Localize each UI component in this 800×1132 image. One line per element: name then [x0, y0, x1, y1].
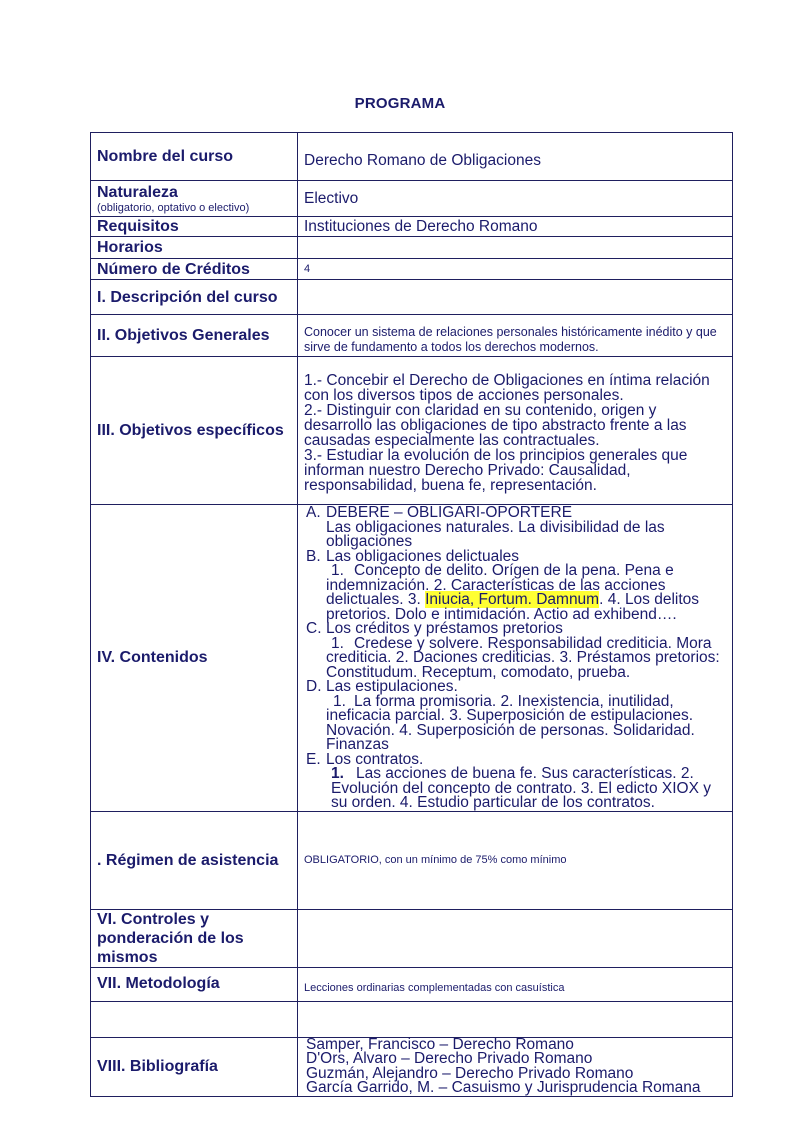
label-objetivos-generales: II. Objetivos Generales	[91, 315, 298, 357]
row-objetivos-especificos: III. Objetivos específicos 1.- Concebir …	[91, 357, 733, 505]
row-creditos: Número de Créditos 4	[91, 259, 733, 280]
label-creditos: Número de Créditos	[91, 259, 298, 280]
section-letter: B.	[306, 550, 326, 623]
objetivo-especifico-2: 2.- Distinguir con claridad en su conten…	[304, 403, 726, 448]
row-objetivos-generales: II. Objetivos Generales Conocer un siste…	[91, 315, 733, 357]
row-naturaleza: Naturaleza (obligatorio, optativo o elec…	[91, 181, 733, 217]
page-title: PROGRAMA	[0, 95, 800, 112]
value-requisitos: Instituciones de Derecho Romano	[298, 217, 733, 237]
value-blank	[298, 1001, 733, 1037]
value-horarios	[298, 237, 733, 259]
value-contenidos: A. DEBERE – OBLIGARI-OPORTERE Las obliga…	[298, 505, 733, 812]
value-descripcion	[298, 280, 733, 315]
value-naturaleza: Electivo	[298, 181, 733, 217]
label-nombre: Nombre del curso	[91, 133, 298, 181]
value-nombre: Derecho Romano de Obligaciones	[298, 133, 733, 181]
label-contenidos: IV. Contenidos	[91, 505, 298, 812]
label-metodologia: VII. Metodología	[91, 967, 298, 1001]
value-objetivos-generales: Conocer un sistema de relaciones persona…	[298, 315, 733, 357]
row-descripcion: I. Descripción del curso	[91, 280, 733, 315]
objetivo-especifico-3: 3.- Estudiar la evolución de los princip…	[304, 448, 726, 493]
label-bibliografia: VIII. Bibliografía	[91, 1037, 298, 1096]
label-controles: VI. Controles y ponderación de los mismo…	[91, 909, 298, 967]
contenido-section-a: A. DEBERE – OBLIGARI-OPORTERE Las obliga…	[306, 506, 726, 550]
section-text: Las obligaciones naturales. La divisibil…	[326, 521, 726, 550]
label-descripcion: I. Descripción del curso	[91, 280, 298, 315]
objetivo-especifico-1: 1.- Concebir el Derecho de Obligaciones …	[304, 373, 726, 403]
section-letter: E.	[306, 753, 326, 811]
value-objetivos-especificos: 1.- Concebir el Derecho de Obligaciones …	[298, 357, 733, 505]
label-naturaleza-main: Naturaleza	[97, 184, 178, 201]
value-asistencia: OBLIGATORIO, con un mínimo de 75% como m…	[298, 811, 733, 909]
section-letter: D.	[306, 680, 326, 753]
label-requisitos: Requisitos	[91, 217, 298, 237]
value-bibliografia: Samper, Francisco – Derecho Romano D'Ors…	[298, 1037, 733, 1096]
section-text: 1.Concepto de delito. Orígen de la pena.…	[326, 564, 726, 622]
value-controles	[298, 909, 733, 967]
row-controles: VI. Controles y ponderación de los mismo…	[91, 909, 733, 967]
row-horarios: Horarios	[91, 237, 733, 259]
row-asistencia: . Régimen de asistencia OBLIGATORIO, con…	[91, 811, 733, 909]
section-text: 1.Las acciones de buena fe. Sus caracter…	[326, 767, 726, 811]
label-asistencia: . Régimen de asistencia	[91, 811, 298, 909]
value-metodologia: Lecciones ordinarias complementadas con …	[298, 967, 733, 1001]
contenido-section-e: E. Los contratos. 1.Las acciones de buen…	[306, 753, 726, 811]
section-text: 1.Credese y solvere. Responsabilidad cre…	[326, 637, 726, 681]
row-metodologia: VII. Metodología Lecciones ordinarias co…	[91, 967, 733, 1001]
contenido-section-d: D. Las estipulaciones. 1.La forma promis…	[306, 680, 726, 753]
row-nombre: Nombre del curso Derecho Romano de Oblig…	[91, 133, 733, 181]
section-letter: C.	[306, 622, 326, 680]
section-letter: A.	[306, 506, 326, 550]
row-bibliografia: VIII. Bibliografía Samper, Francisco – D…	[91, 1037, 733, 1096]
value-creditos: 4	[298, 259, 733, 280]
label-naturaleza-sub: (obligatorio, optativo o electivo)	[97, 202, 291, 214]
label-horarios: Horarios	[91, 237, 298, 259]
contenido-section-c: C. Los créditos y préstamos pretorios 1.…	[306, 622, 726, 680]
label-naturaleza: Naturaleza (obligatorio, optativo o elec…	[91, 181, 298, 217]
row-requisitos: Requisitos Instituciones de Derecho Roma…	[91, 217, 733, 237]
label-objetivos-especificos: III. Objetivos específicos	[91, 357, 298, 505]
bibliografia-item: García Garrido, M. – Casuismo y Jurispru…	[306, 1081, 726, 1096]
row-contenidos: IV. Contenidos A. DEBERE – OBLIGARI-OPOR…	[91, 505, 733, 812]
contenido-section-b: B. Las obligaciones delictuales 1.Concep…	[306, 550, 726, 623]
row-blank	[91, 1001, 733, 1037]
section-text: 1.La forma promisoria. 2. Inexistencia, …	[326, 695, 726, 753]
program-table: Nombre del curso Derecho Romano de Oblig…	[90, 132, 733, 1097]
label-blank	[91, 1001, 298, 1037]
